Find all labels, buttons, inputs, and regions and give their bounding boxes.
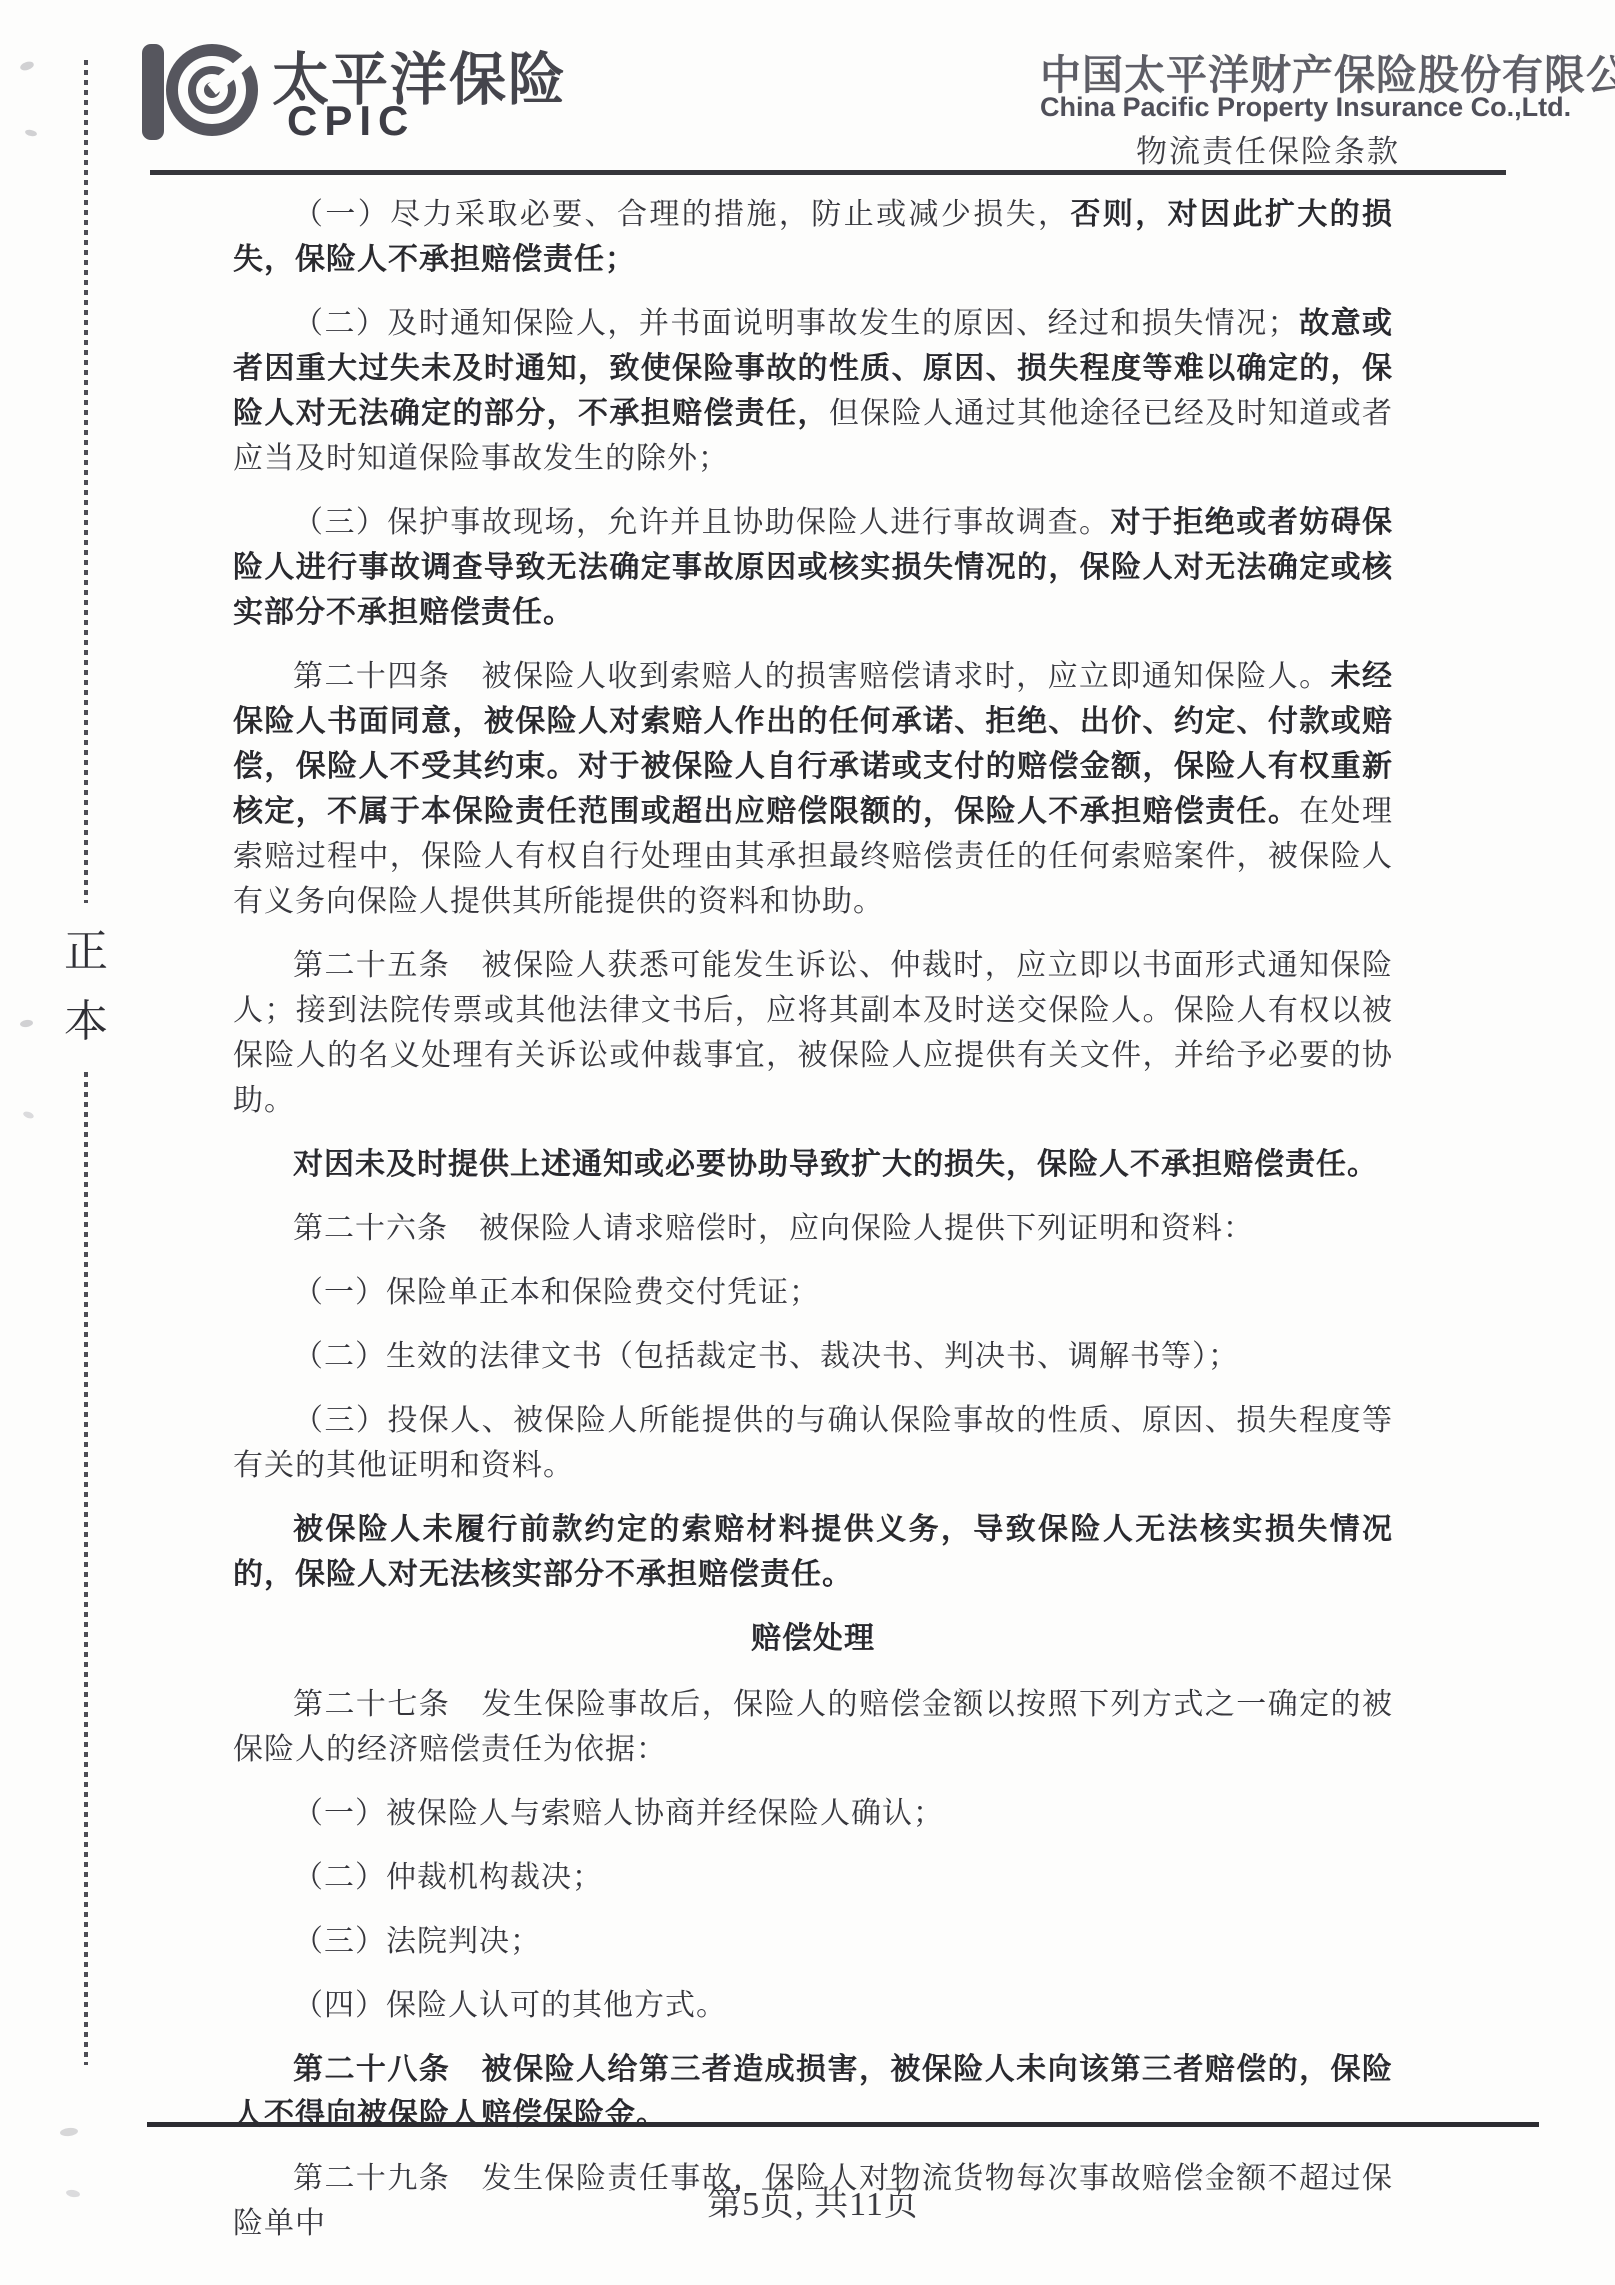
cpic-logo-icon <box>140 40 260 140</box>
text-run: （一）尽力采取必要、合理的措施，防止或减少损失， <box>293 198 1070 231</box>
text-run: 第二十七条 发生保险事故后，保险人的赔偿金额以按照下列方式之一确定的被保险人的经… <box>233 1688 1393 1766</box>
body-paragraph: （一）保险单正本和保险费交付凭证； <box>233 1270 1393 1315</box>
text-run: 第二十四条 被保险人收到索赔人的损害赔偿请求时，应立即通知保险人。 <box>293 660 1331 693</box>
scan-smudge <box>22 1110 34 1119</box>
original-copy-label: 正 本 <box>62 930 110 1044</box>
body-paragraph: （四）保险人认可的其他方式。 <box>233 1983 1393 2028</box>
text-run: 被保险人未履行前款约定的索赔材料提供义务，导致保险人无法核实损失情况的，保险人对… <box>233 1513 1393 1591</box>
text-run: （三）法院判决； <box>293 1925 541 1958</box>
text-run: 第二十六条 被保险人请求赔偿时，应向保险人提供下列证明和资料： <box>293 1212 1254 1245</box>
text-run: 赔偿处理 <box>751 1622 875 1655</box>
text-run: （二）生效的法律文书（包括裁定书、裁决书、判决书、调解书等）； <box>293 1340 1239 1373</box>
footer-rule <box>147 2122 1539 2127</box>
scan-smudge <box>25 129 38 137</box>
body-paragraph: （一）尽力采取必要、合理的措施，防止或减少损失，否则，对因此扩大的损失，保险人不… <box>233 192 1393 282</box>
body-paragraph: 第二十五条 被保险人获悉可能发生诉讼、仲裁时，应立即以书面形式通知保险人；接到法… <box>233 943 1393 1123</box>
text-run: （一）被保险人与索赔人协商并经保险人确认； <box>293 1797 944 1830</box>
scan-smudge <box>60 2127 79 2137</box>
document-title: 物流责任保险条款 <box>1100 126 1436 171</box>
page-indicator: 第5页, 共11页 <box>233 2176 1393 2225</box>
body-paragraph: 第二十七条 发生保险事故后，保险人的赔偿金额以按照下列方式之一确定的被保险人的经… <box>233 1682 1393 1772</box>
body-paragraph: 对因未及时提供上述通知或必要协助导致扩大的损失，保险人不承担赔偿责任。 <box>233 1142 1393 1187</box>
scan-smudge <box>65 2189 80 2198</box>
document-page: 太平洋保险 CPIC 中国太平洋财产保险股份有限公司 China Pacific… <box>0 0 1615 2285</box>
cpic-logo <box>140 40 260 140</box>
text-run: （二）仲裁机构裁决； <box>293 1861 603 1894</box>
fold-line-top <box>84 60 88 903</box>
body-paragraph: 第二十四条 被保险人收到索赔人的损害赔偿请求时，应立即通知保险人。未经保险人书面… <box>233 654 1393 924</box>
text-run: （二）及时通知保险人，并书面说明事故发生的原因、经过和损失情况； <box>293 307 1299 340</box>
body-paragraph: 被保险人未履行前款约定的索赔材料提供义务，导致保险人无法核实损失情况的，保险人对… <box>233 1507 1393 1597</box>
original-copy-char-2: 本 <box>64 1000 108 1044</box>
body-paragraph: （二）仲裁机构裁决； <box>233 1855 1393 1900</box>
fold-line-bottom <box>84 1072 88 2065</box>
body-paragraph: （三）法院判决； <box>233 1919 1393 1964</box>
text-run: 对因未及时提供上述通知或必要协助导致扩大的损失，保险人不承担赔偿责任。 <box>293 1148 1378 1181</box>
clauses-body: （一）尽力采取必要、合理的措施，防止或减少损失，否则，对因此扩大的损失，保险人不… <box>233 192 1393 2265</box>
section-heading: 赔偿处理 <box>233 1616 1393 1661</box>
company-name-en: China Pacific Property Insurance Co.,Ltd… <box>1040 92 1510 123</box>
text-run: （三）保护事故现场，允许并且协助保险人进行事故调查。 <box>293 506 1110 539</box>
text-run: 第二十五条 被保险人获悉可能发生诉讼、仲裁时，应立即以书面形式通知保险人；接到法… <box>233 949 1393 1117</box>
text-run: （一）保险单正本和保险费交付凭证； <box>293 1276 820 1309</box>
header-rule <box>150 170 1506 175</box>
body-paragraph: （三）投保人、被保险人所能提供的与确认保险事故的性质、原因、损失程度等有关的其他… <box>233 1398 1393 1488</box>
body-paragraph: （二）及时通知保险人，并书面说明事故发生的原因、经过和损失情况；故意或者因重大过… <box>233 301 1393 481</box>
text-run: （三）投保人、被保险人所能提供的与确认保险事故的性质、原因、损失程度等有关的其他… <box>233 1404 1393 1482</box>
body-paragraph: （一）被保险人与索赔人协商并经保险人确认； <box>233 1791 1393 1836</box>
body-paragraph: （二）生效的法律文书（包括裁定书、裁决书、判决书、调解书等）； <box>233 1334 1393 1379</box>
scan-smudge <box>19 60 35 72</box>
scan-smudge <box>20 1019 34 1028</box>
original-copy-char-1: 正 <box>64 930 108 974</box>
text-run: （四）保险人认可的其他方式。 <box>293 1989 727 2022</box>
body-paragraph: 第二十六条 被保险人请求赔偿时，应向保险人提供下列证明和资料： <box>233 1206 1393 1251</box>
brand-name-en: CPIC <box>287 97 415 145</box>
text-run: 第二十八条 被保险人给第三者造成损害，被保险人未向该第三者赔偿的，保险人不得向被… <box>233 2053 1393 2131</box>
body-paragraph: （三）保护事故现场，允许并且协助保险人进行事故调查。对于拒绝或者妨碍保险人进行事… <box>233 500 1393 635</box>
